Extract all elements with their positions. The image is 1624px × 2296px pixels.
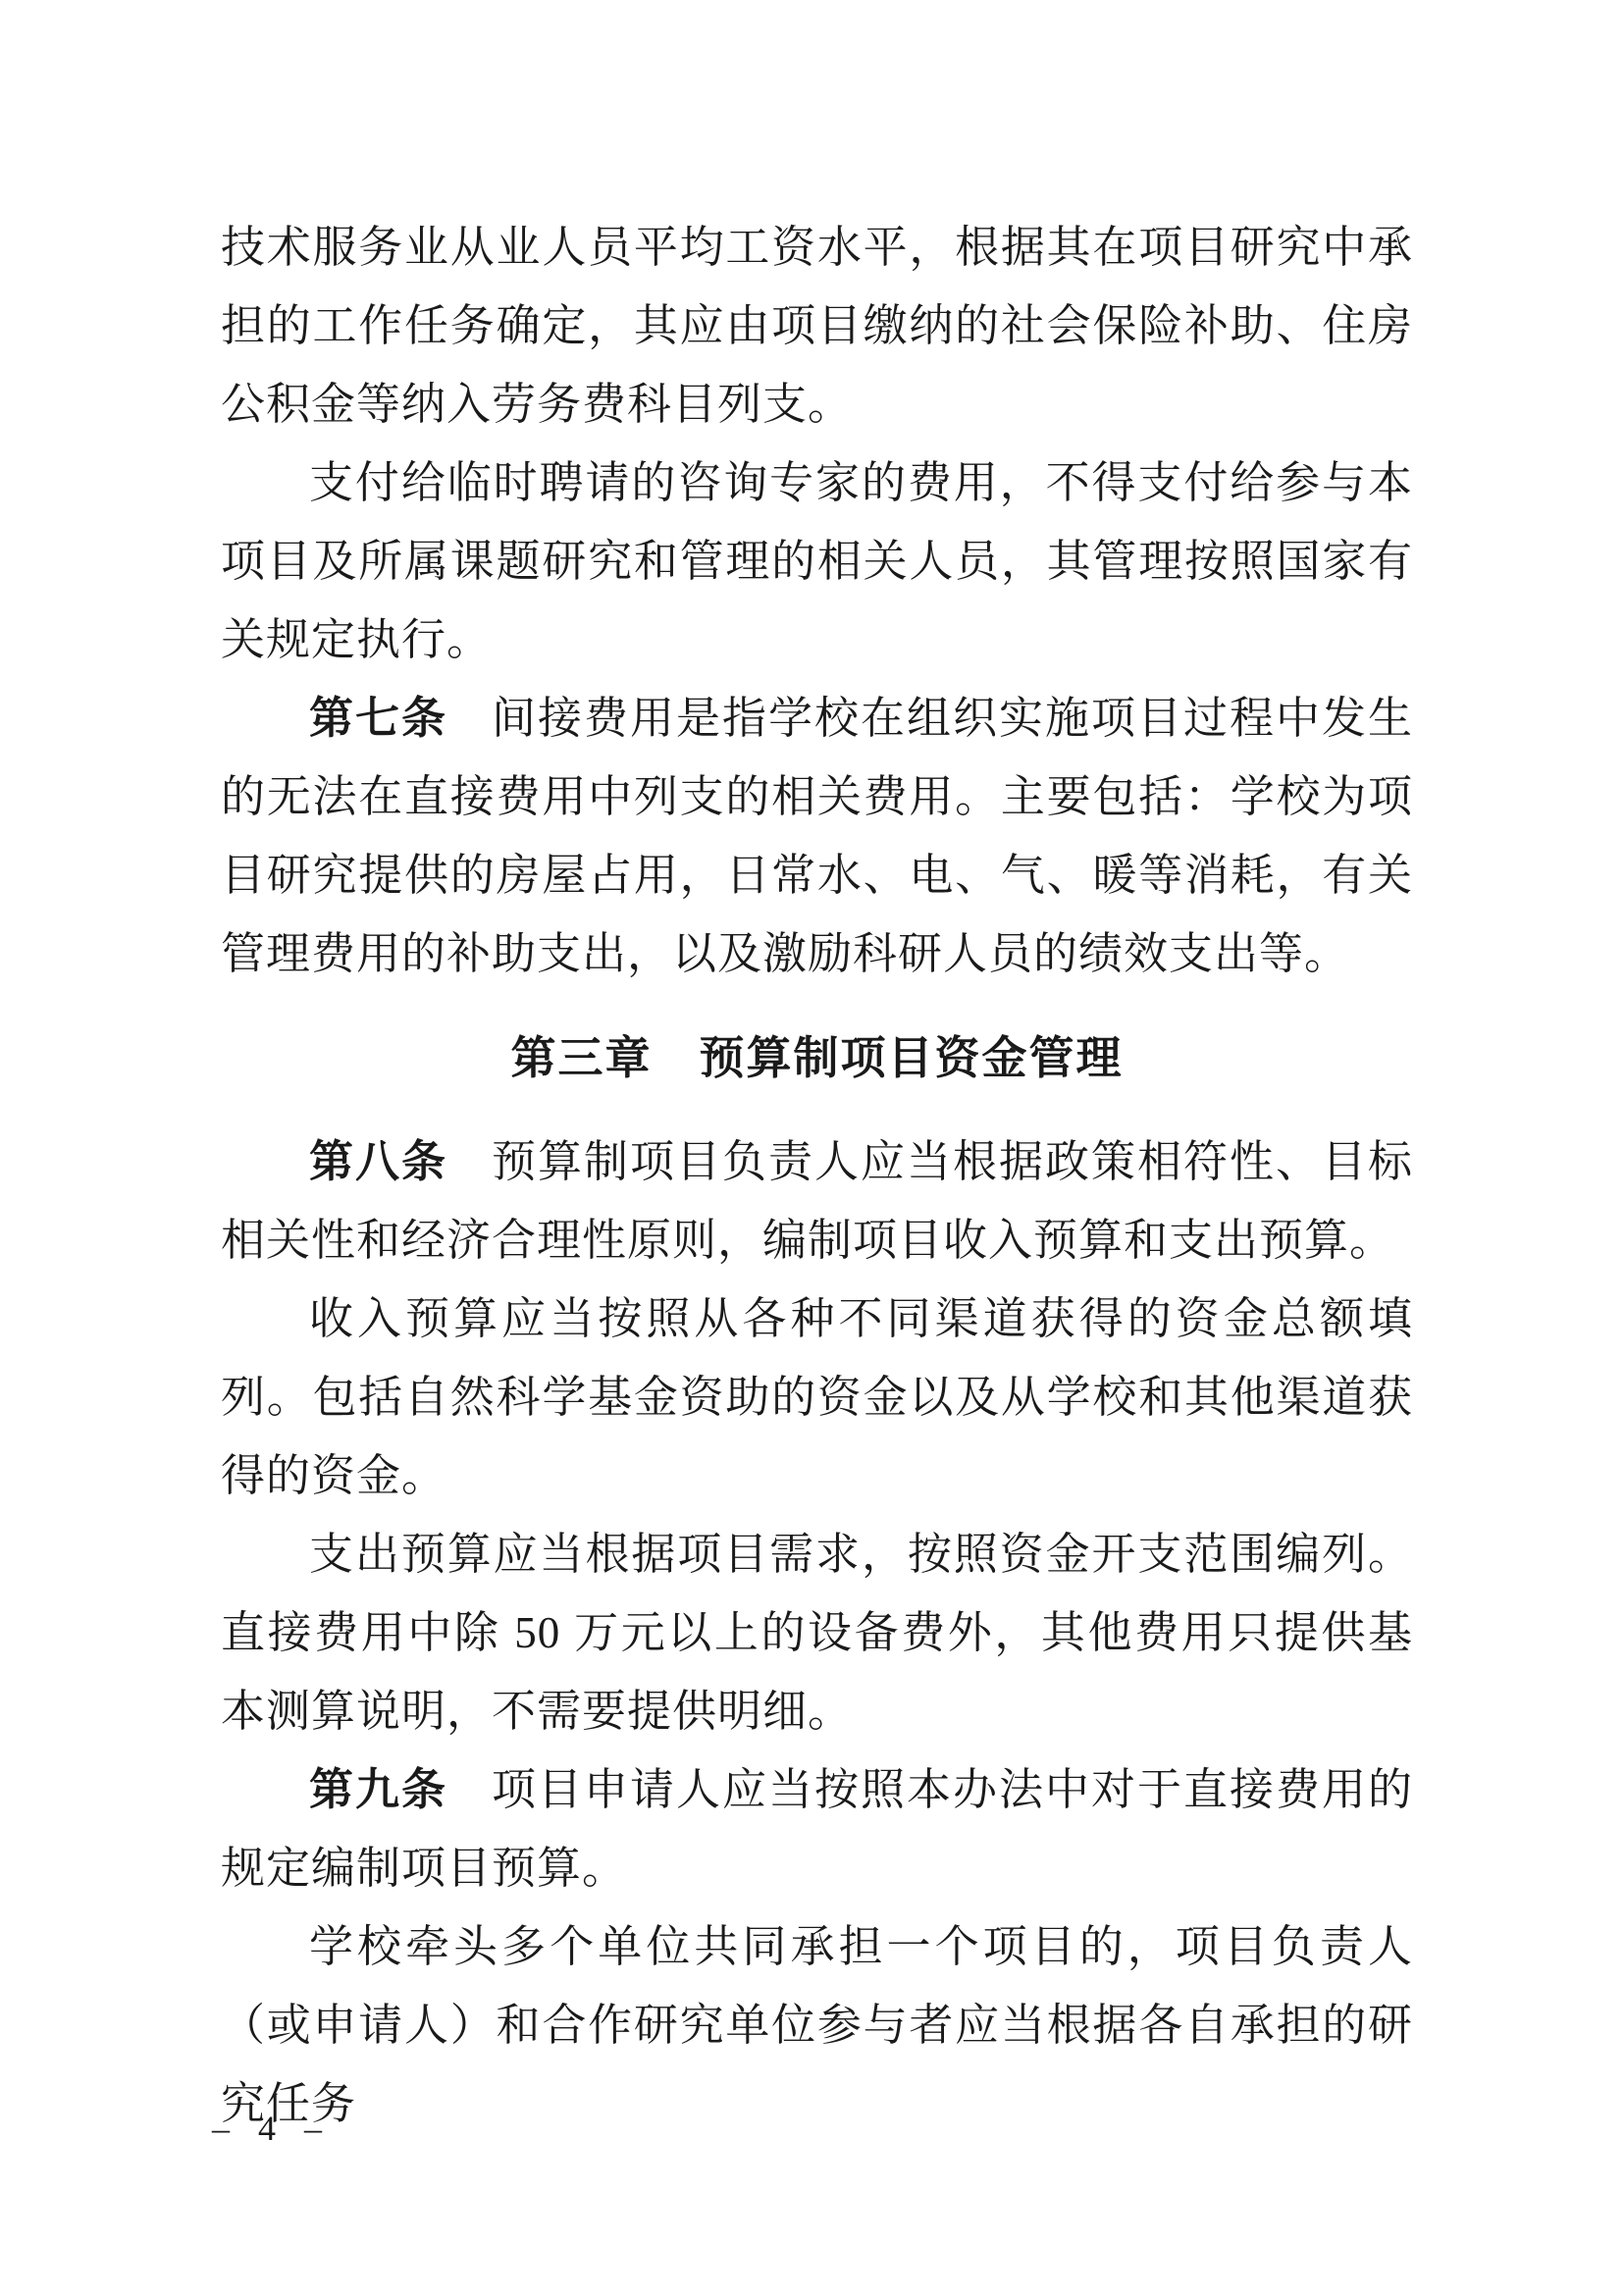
paragraph: 支付给临时聘请的咨询专家的费用，不得支付给参与本项目及所属课题研究和管理的相关人…: [221, 444, 1413, 679]
paragraph-article-9: 第九条项目申请人应当按照本办法中对于直接费用的规定编制项目预算。: [221, 1750, 1413, 1907]
article-number-lead: 第七条: [309, 693, 447, 743]
paragraph-continuation: 技术服务业从业人员平均工资水平，根据其在项目研究中承担的工作任务确定，其应由项目…: [221, 208, 1413, 444]
document-body: 技术服务业从业人员平均工资水平，根据其在项目研究中承担的工作任务确定，其应由项目…: [221, 208, 1413, 2143]
paragraph: 收入预算应当按照从各种不同渠道获得的资金总额填列。包括自然科学基金资助的资金以及…: [221, 1279, 1413, 1515]
paragraph-text: 技术服务业从业人员平均工资水平，根据其在项目研究中承担的工作任务确定，其应由项目…: [221, 223, 1413, 429]
paragraph-text: 收入预算应当按照从各种不同渠道获得的资金总额填列。包括自然科学基金资助的资金以及…: [221, 1294, 1413, 1500]
paragraph-article-7: 第七条间接费用是指学校在组织实施项目过程中发生的无法在直接费用中列支的相关费用。…: [221, 679, 1413, 993]
paragraph: 学校牵头多个单位共同承担一个项目的，项目负责人（或申请人）和合作研究单位参与者应…: [221, 1907, 1413, 2143]
paragraph-text: 支出预算应当根据项目需求，按照资金开支范围编列。直接费用中除 50 万元以上的设…: [221, 1530, 1413, 1736]
chapter-heading: 第三章 预算制项目资金管理: [221, 1018, 1413, 1097]
paragraph: 支出预算应当根据项目需求，按照资金开支范围编列。直接费用中除 50 万元以上的设…: [221, 1515, 1413, 1750]
paragraph-text: 支付给临时聘请的咨询专家的费用，不得支付给参与本项目及所属课题研究和管理的相关人…: [221, 458, 1413, 664]
page-number: – 4 –: [212, 2108, 332, 2149]
article-number-lead: 第九条: [309, 1764, 447, 1814]
document-page: 技术服务业从业人员平均工资水平，根据其在项目研究中承担的工作任务确定，其应由项目…: [0, 0, 1624, 2296]
paragraph-text: 学校牵头多个单位共同承担一个项目的，项目负责人（或申请人）和合作研究单位参与者应…: [221, 1922, 1413, 2128]
article-number-lead: 第八条: [309, 1136, 447, 1186]
paragraph-article-8: 第八条预算制项目负责人应当根据政策相符性、目标相关性和经济合理性原则，编制项目收…: [221, 1122, 1413, 1279]
